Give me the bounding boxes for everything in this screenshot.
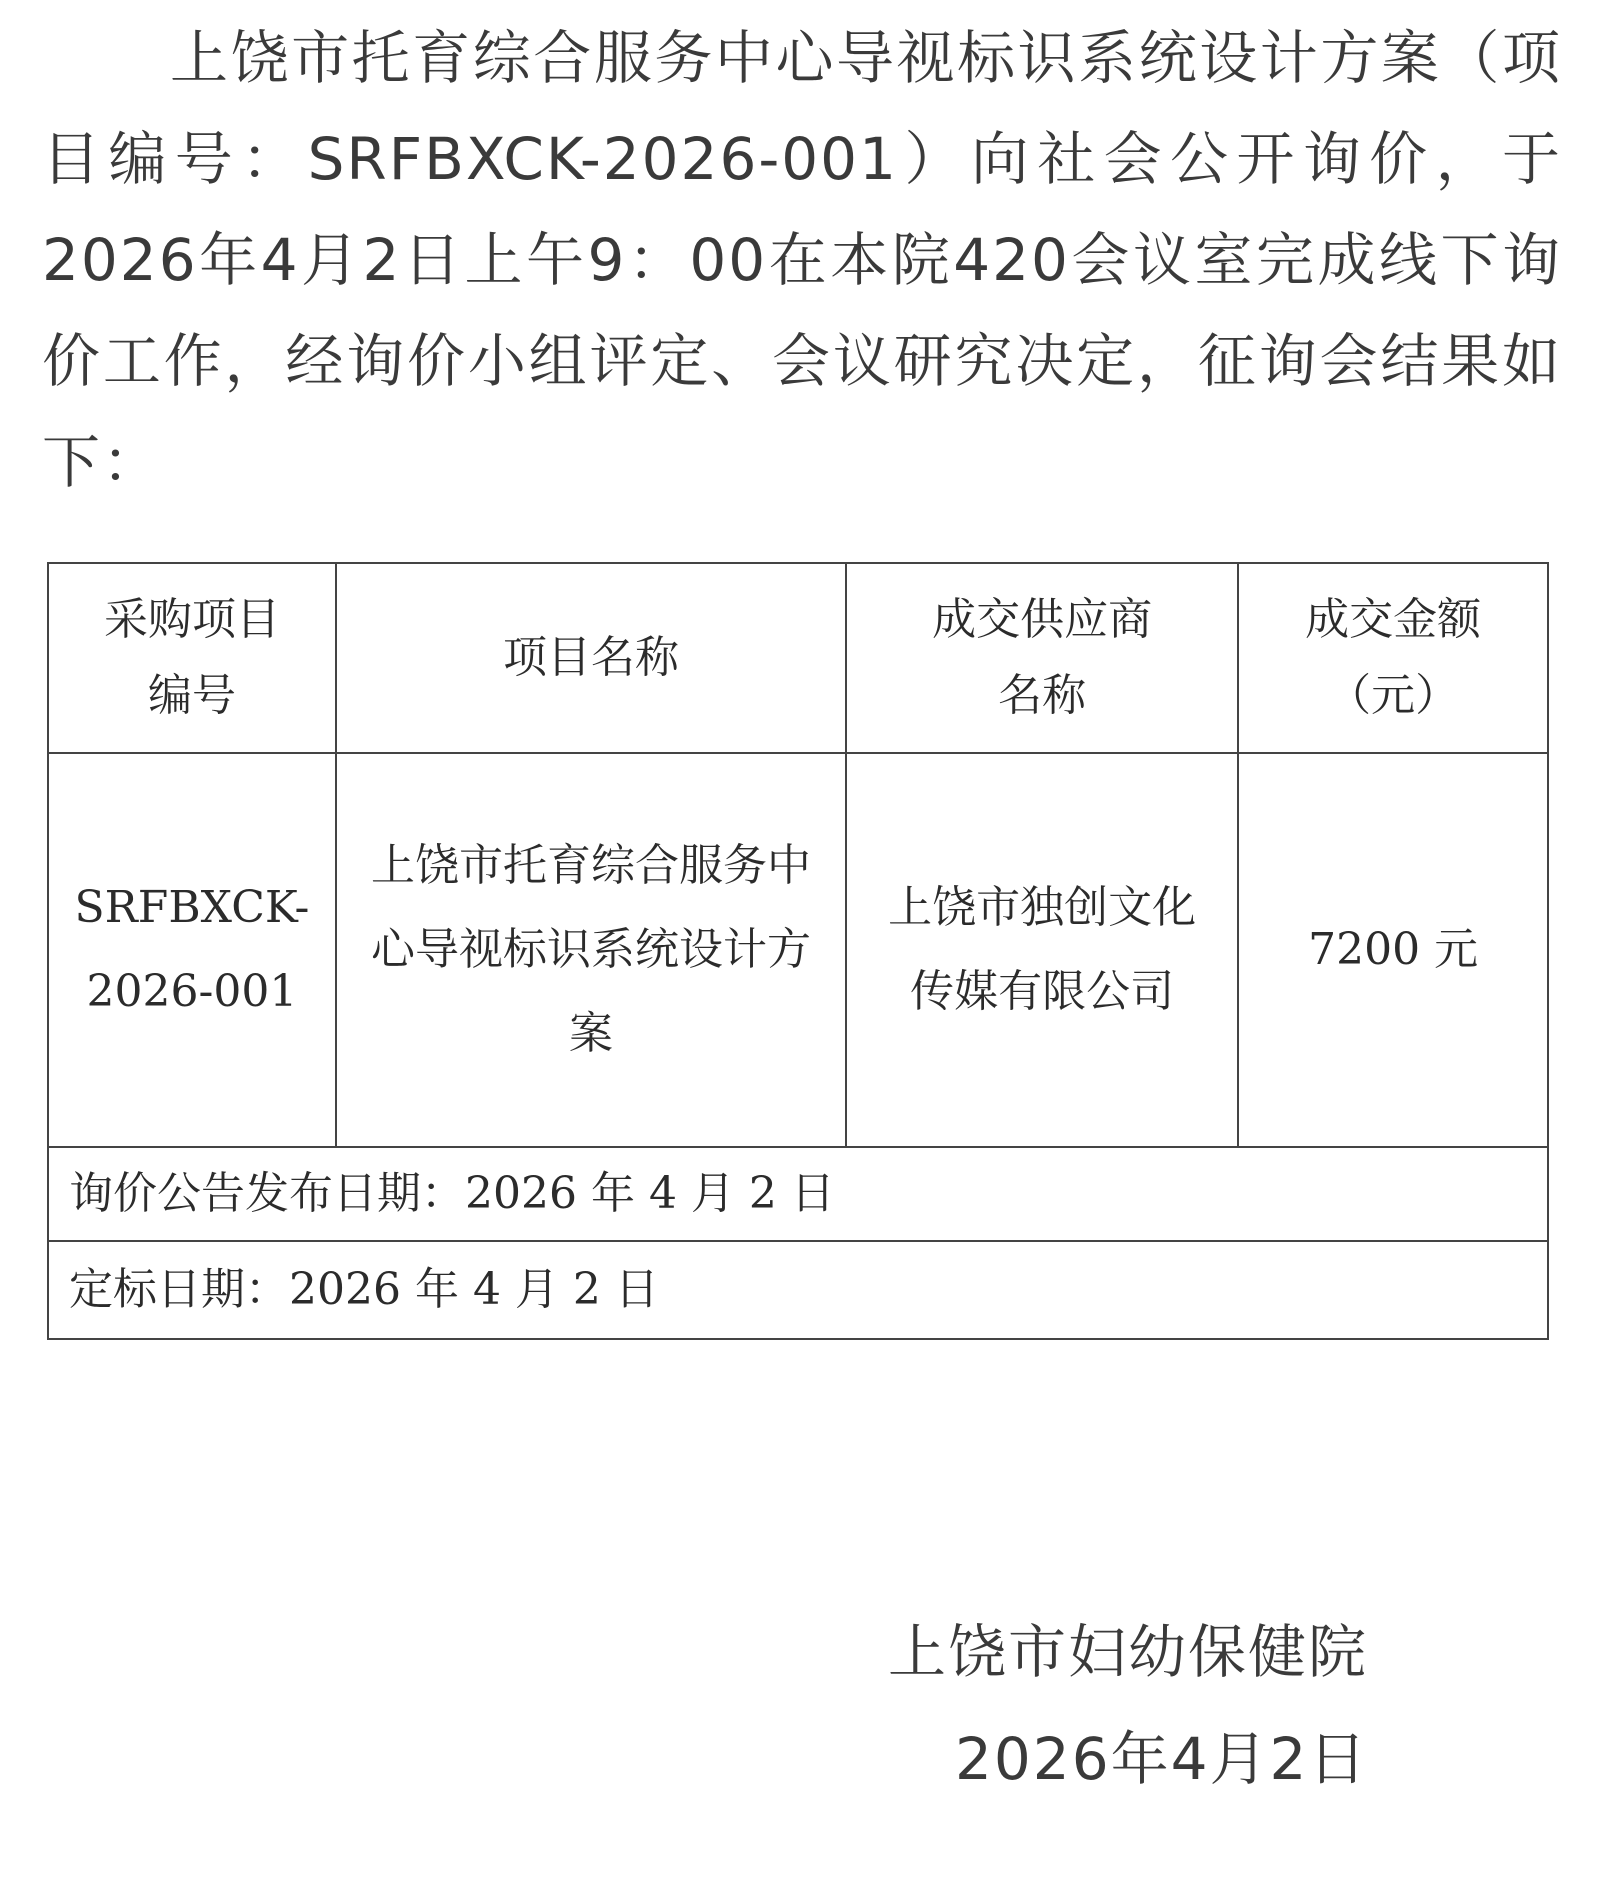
award-date-row: 定标日期：2026 年 4 月 2 日 — [48, 1241, 1548, 1339]
award-date: 定标日期：2026 年 4 月 2 日 — [48, 1241, 1548, 1339]
result-table: 采购项目 编号 项目名称 成交供应商 名称 成交金额 （元） SRFBXCK- … — [47, 562, 1549, 1340]
table-header-row: 采购项目 编号 项目名称 成交供应商 名称 成交金额 （元） — [48, 563, 1548, 753]
announcement-date-row: 询价公告发布日期：2026 年 4 月 2 日 — [48, 1147, 1548, 1241]
cell-project-code: SRFBXCK- 2026-001 — [48, 753, 336, 1147]
intro-paragraph: 上饶市托育综合服务中心导视标识系统设计方案（项目编号：SRFBXCK-2026-… — [42, 8, 1562, 513]
header-project-code: 采购项目 编号 — [48, 563, 336, 753]
signature-date: 2026年4月2日 — [955, 1712, 1368, 1796]
header-amount: 成交金额 （元） — [1238, 563, 1548, 753]
cell-supplier: 上饶市独创文化 传媒有限公司 — [846, 753, 1238, 1147]
header-project-name: 项目名称 — [336, 563, 846, 753]
table-row: SRFBXCK- 2026-001 上饶市托育综合服务中 心导视标识系统设计方 … — [48, 753, 1548, 1147]
announcement-date: 询价公告发布日期：2026 年 4 月 2 日 — [48, 1147, 1548, 1241]
cell-project-name: 上饶市托育综合服务中 心导视标识系统设计方 案 — [336, 753, 846, 1147]
signature-organization: 上饶市妇幼保健院 — [888, 1605, 1368, 1689]
cell-amount: 7200 元 — [1238, 753, 1548, 1147]
header-supplier: 成交供应商 名称 — [846, 563, 1238, 753]
